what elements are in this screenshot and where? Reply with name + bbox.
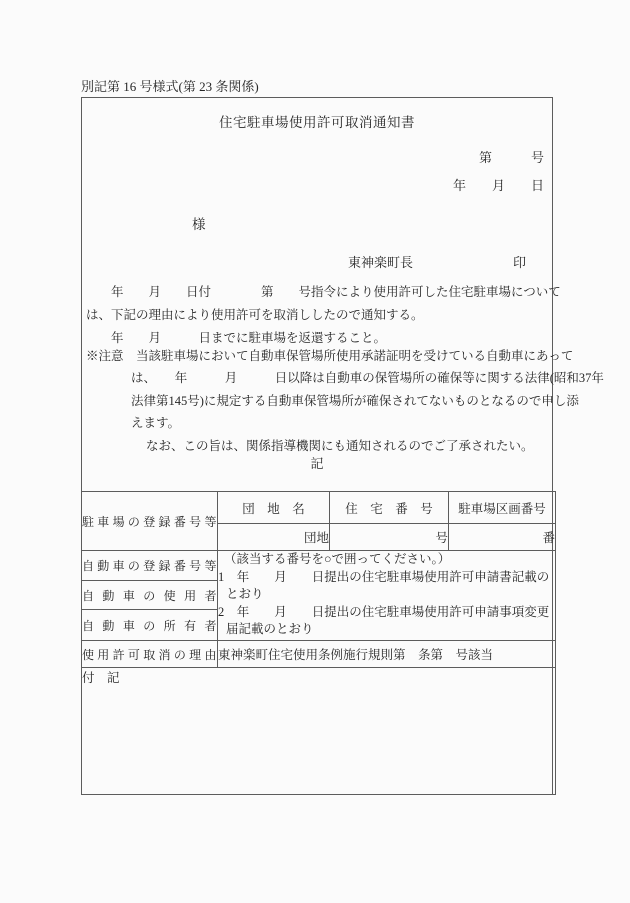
appendix-cell: 付 記 [82, 668, 556, 795]
detail-line: 2 年 月 日提出の住宅駐車場使用許可申請事項変更 [218, 604, 555, 622]
details-table: 駐車場の登録番号等 団 地 名 住 宅 番 号 駐車場区画番号 団地 号 番 自… [81, 491, 556, 795]
note-line: 法律第145号)に規定する自動車保管場所が確保されてないものとなるので申し添 [86, 390, 550, 412]
document-date-line: 年 月 日 [453, 175, 544, 194]
car-owner-label: 自動車の所有者 [82, 610, 218, 641]
danchi-name-header: 団 地 名 [218, 492, 330, 524]
detail-line: （該当する番号を○で囲ってください。） [218, 551, 555, 569]
table-row: 使用許可取消の理由 東神楽町住宅使用条例施行規則第 条第 号該当 [82, 641, 556, 668]
car-user-label: 自動車の使用者 [82, 581, 218, 610]
document-title: 住宅駐車場使用許可取消通知書 [82, 111, 552, 131]
document-page: 別記第 16 号様式(第 23 条関係) 住宅駐車場使用許可取消通知書 第 号 … [0, 0, 630, 903]
caution-note: ※注意 当該駐車場において自動車保管場所使用承諾証明を受けている自動車にあって … [86, 345, 550, 457]
document-number-line: 第 号 [479, 147, 544, 166]
section-number-header: 駐車場区画番号 [449, 492, 556, 524]
body-line: は、下記の理由により使用許可を取消ししたので通知する。 [86, 304, 550, 327]
addressee-honorific: 様 [192, 213, 206, 233]
car-detail-cell: （該当する番号を○で囲ってください。） 1 年 月 日提出の住宅駐車場使用許可申… [218, 551, 556, 641]
table-row: 駐車場の登録番号等 団 地 名 住 宅 番 号 駐車場区画番号 [82, 492, 556, 524]
parking-registration-label: 駐車場の登録番号等 [82, 492, 218, 551]
cancellation-reason-value: 東神楽町住宅使用条例施行規則第 条第 号該当 [218, 641, 556, 668]
notice-border-box: 住宅駐車場使用許可取消通知書 第 号 年 月 日 様 東神楽町長 印 年 月 日… [81, 97, 553, 795]
sender-title: 東神楽町長 [348, 252, 413, 271]
notice-body: 年 月 日付 第 号指令により使用許可した住宅駐車場について は、下記の理由によ… [86, 281, 550, 350]
body-line: 年 月 日付 第 号指令により使用許可した住宅駐車場について [86, 281, 550, 304]
section-unit-cell: 番 [449, 524, 556, 551]
table-row: 付 記 [82, 668, 556, 795]
detail-line: 1 年 月 日提出の住宅駐車場使用許可申請書記載の [218, 569, 555, 587]
note-line: は、 年 月 日以降は自動車の保管場所の確保等に関する法律(昭和37年 [86, 367, 550, 389]
car-registration-label: 自動車の登録番号等 [82, 551, 218, 581]
detail-line: 届記載のとおり [218, 621, 555, 639]
danchi-unit-cell: 団地 [218, 524, 330, 551]
seal-mark: 印 [513, 252, 526, 271]
table-row: 自動車の登録番号等 （該当する番号を○で囲ってください。） 1 年 月 日提出の… [82, 551, 556, 581]
detail-line: とおり [218, 586, 555, 604]
house-unit-cell: 号 [330, 524, 449, 551]
house-number-header: 住 宅 番 号 [330, 492, 449, 524]
cancellation-reason-label: 使用許可取消の理由 [82, 641, 218, 668]
record-heading: 記 [82, 453, 552, 472]
note-line: えます。 [86, 412, 550, 434]
form-number-label: 別記第 16 号様式(第 23 条関係) [81, 76, 259, 95]
note-line: ※注意 当該駐車場において自動車保管場所使用承諾証明を受けている自動車にあって [86, 345, 550, 367]
